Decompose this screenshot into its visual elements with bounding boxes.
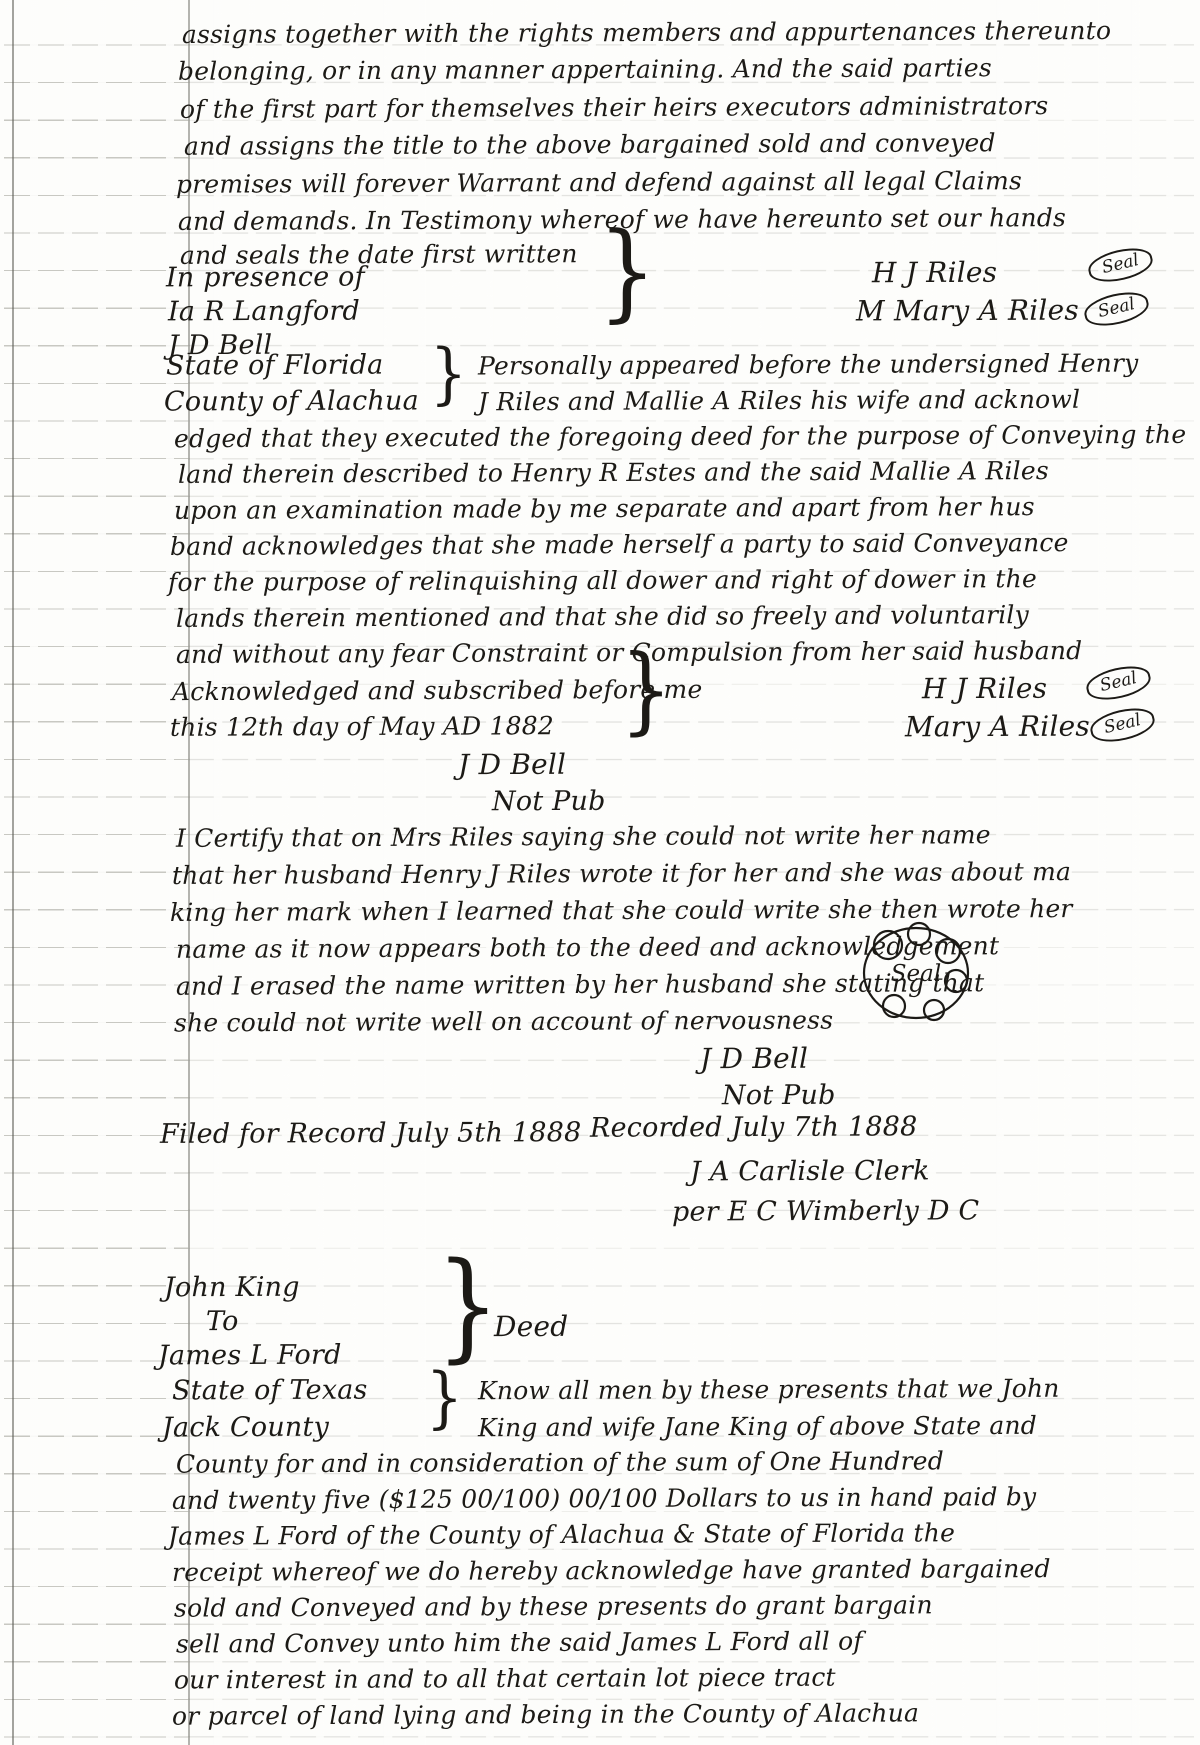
caption-to: To xyxy=(206,1306,239,1337)
attestation-line: this 12th day of May AD 1882 xyxy=(170,711,554,742)
deed2-body-line: sold and Conveyed and by these presents … xyxy=(174,1590,933,1622)
deed2-body-line: James L Ford of the County of Alachua & … xyxy=(168,1518,955,1550)
grantor-signature: H J Riles xyxy=(872,256,997,290)
witness-signature: Ia R Langford xyxy=(168,296,360,328)
venue-county: Jack County xyxy=(162,1412,329,1444)
venue-state: State of Florida xyxy=(166,350,384,382)
deed1-body-line: assigns together with the rights members… xyxy=(182,16,1111,49)
deed2-body-line: sell and Convey unto him the said James … xyxy=(176,1627,863,1659)
deed2-body-line: King and wife Jane King of above State a… xyxy=(478,1411,1037,1442)
grantor-signature: Mary A Riles xyxy=(905,710,1090,744)
deed-record-page: assigns together with the rights members… xyxy=(0,0,1200,1745)
acknowledgment-line: J Riles and Mallie A Riles his wife and … xyxy=(478,385,1080,417)
witness-heading: In presence of xyxy=(166,262,365,294)
notary-signature: J D Bell xyxy=(458,748,566,781)
brace: } xyxy=(620,644,672,738)
seal-oval: Seal xyxy=(1087,703,1157,747)
acknowledgment-line: lands therein mentioned and that she did… xyxy=(176,600,1029,633)
venue-county: County of Alachua xyxy=(164,385,419,417)
deed2-body-line: or parcel of land lying and being in the… xyxy=(172,1698,919,1730)
ruled-lines-margin xyxy=(4,0,188,1745)
seal-label: Seal xyxy=(891,961,941,987)
venue-state: State of Texas xyxy=(172,1375,368,1407)
brace: } xyxy=(436,1247,500,1365)
deed1-body-line: and assigns the title to the above barga… xyxy=(184,128,996,161)
notary-seal-scribble: Seal xyxy=(856,918,976,1028)
recorded-line: Recorded July 7th 1888 xyxy=(590,1111,918,1143)
certificate-line: I Certify that on Mrs Riles saying she c… xyxy=(176,820,991,853)
acknowledgment-line: Personally appeared before the undersign… xyxy=(478,349,1139,381)
certificate-line: she could not write well on account of n… xyxy=(174,1006,833,1038)
grantor-signature: M Mary A Riles xyxy=(856,294,1079,328)
deputy-clerk-signature: per E C Wimberly D C xyxy=(672,1195,979,1227)
deed2-body-line: and twenty five ($125 00/100) 00/100 Dol… xyxy=(172,1482,1036,1515)
grantee-name: James L Ford xyxy=(158,1340,342,1372)
deed2-body-line: Know all men by these presents that we J… xyxy=(478,1374,1060,1406)
grantor-name: John King xyxy=(164,1272,300,1304)
deed2-body-line: receipt whereof we do hereby acknowledge… xyxy=(172,1554,1051,1587)
seal-oval: Seal xyxy=(1083,661,1153,705)
brace: } xyxy=(426,1364,463,1431)
certificate-line: that her husband Henry J Riles wrote it … xyxy=(172,857,1071,890)
notary-signature: J D Bell xyxy=(700,1042,808,1075)
page-edge-line xyxy=(12,0,14,1745)
acknowledgment-line: band acknowledges that she made herself … xyxy=(170,528,1069,561)
deed1-body-line: of the first part for themselves their h… xyxy=(180,91,1048,124)
notary-title: Not Pub xyxy=(492,786,606,817)
filed-for-record-line: Filed for Record July 5th 1888 xyxy=(160,1117,582,1150)
seal-oval: Seal xyxy=(1085,243,1155,287)
brace: } xyxy=(430,340,467,407)
acknowledgment-line: upon an examination made by me separate … xyxy=(174,492,1035,525)
deed2-body-line: our interest in and to all that certain … xyxy=(174,1663,836,1695)
acknowledgment-line: land therein described to Henry R Estes … xyxy=(178,456,1049,489)
grantor-signature: H J Riles xyxy=(922,672,1047,706)
acknowledgment-line: for the purpose of relinquishing all dow… xyxy=(168,564,1037,597)
seal-oval: Seal xyxy=(1081,287,1151,331)
deed2-body-line: County for and in consideration of the s… xyxy=(176,1446,944,1478)
acknowledgment-line: edged that they executed the foregoing d… xyxy=(174,420,1186,453)
notary-title: Not Pub xyxy=(722,1080,836,1111)
clerk-signature: J A Carlisle Clerk xyxy=(690,1155,930,1187)
deed1-body-line: belonging, or in any manner appertaining… xyxy=(178,53,992,86)
brace: } xyxy=(598,219,657,325)
instrument-type: Deed xyxy=(494,1310,568,1343)
deed1-body-line: premises will forever Warrant and defend… xyxy=(176,166,1022,199)
